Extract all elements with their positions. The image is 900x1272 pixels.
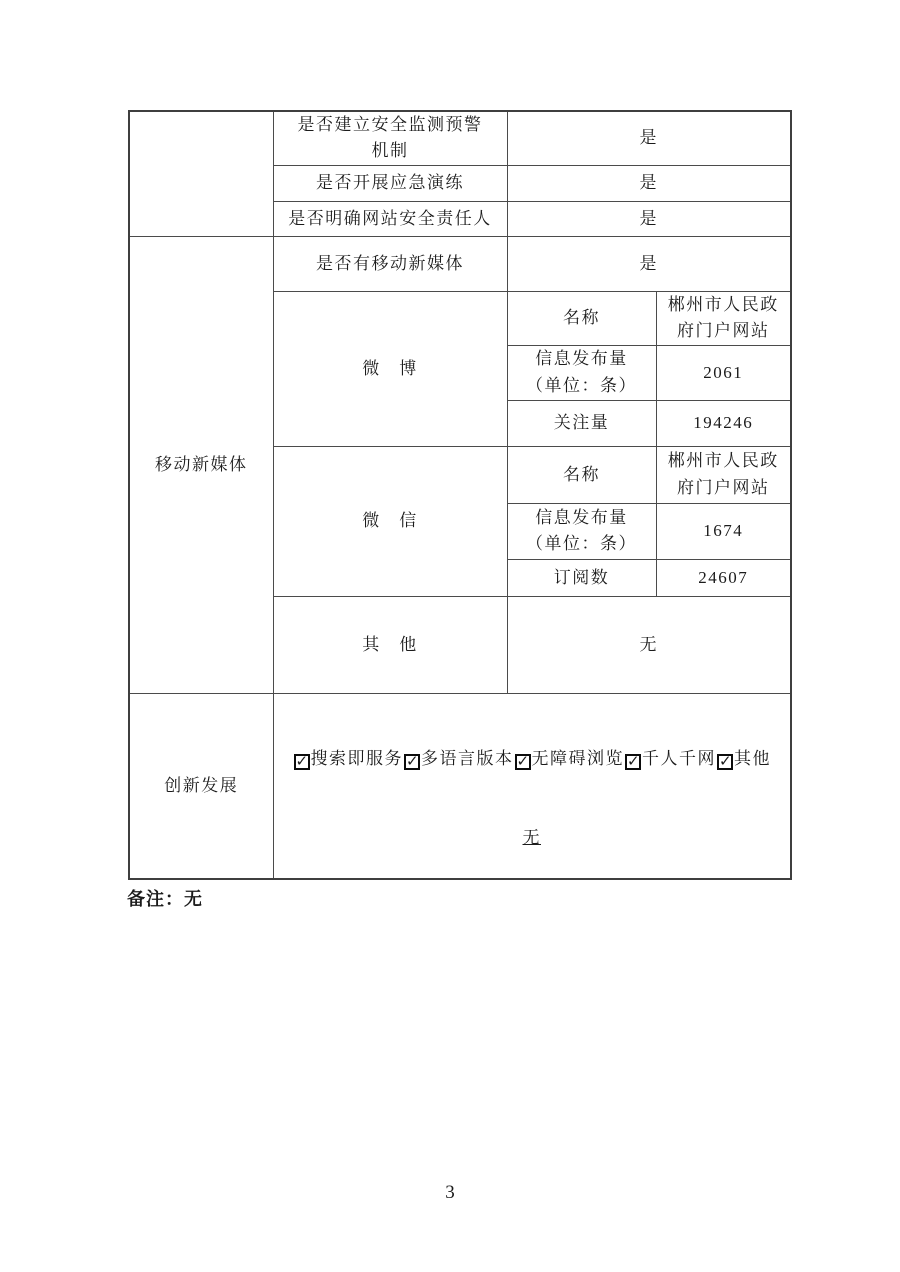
innovation-other-value: 无 bbox=[523, 828, 542, 847]
weibo-posts-label-cell: 信息发布量 （单位：条） bbox=[507, 345, 656, 400]
checked-checkbox-icon: ✓ bbox=[717, 754, 733, 770]
other-media-label-cell: 其 他 bbox=[273, 596, 507, 693]
page-number: 3 bbox=[0, 1182, 900, 1204]
innovation-option-label: 无障碍浏览 bbox=[532, 749, 625, 768]
security-category-cell-empty bbox=[129, 111, 273, 236]
checked-checkbox-icon: ✓ bbox=[515, 754, 531, 770]
wechat-posts-label-cell: 信息发布量 （单位：条） bbox=[507, 503, 656, 559]
government-website-report-table: 是否建立安全监测预警 机制 是 是否开展应急演练 是 是否明确网站安全责任人 是… bbox=[128, 110, 792, 880]
security-question-cell: 是否开展应急演练 bbox=[273, 165, 507, 201]
security-answer-cell: 是 bbox=[507, 111, 791, 165]
report-page: 是否建立安全监测预警 机制 是 是否开展应急演练 是 是否明确网站安全责任人 是… bbox=[0, 0, 900, 1272]
remarks-note: 备注：无 bbox=[127, 885, 203, 911]
checked-checkbox-icon: ✓ bbox=[294, 754, 310, 770]
innovation-option-label: 多语言版本 bbox=[421, 749, 514, 768]
wechat-name-value-cell: 郴州市人民政 府门户网站 bbox=[656, 446, 791, 503]
other-media-value-cell: 无 bbox=[507, 596, 791, 693]
weibo-followers-value-cell: 194246 bbox=[656, 400, 791, 446]
has-mobile-media-answer-cell: 是 bbox=[507, 236, 791, 291]
wechat-subscribers-value-cell: 24607 bbox=[656, 559, 791, 596]
innovation-option-label: 千人千网 bbox=[642, 749, 716, 768]
innovation-checkbox-line: ✓搜索即服务✓多语言版本✓无障碍浏览✓千人千网✓其他 bbox=[278, 720, 787, 773]
wechat-name-label-cell: 名称 bbox=[507, 446, 656, 503]
wechat-subscribers-label-cell: 订阅数 bbox=[507, 559, 656, 596]
innovation-content-cell: ✓搜索即服务✓多语言版本✓无障碍浏览✓千人千网✓其他 无 bbox=[273, 693, 791, 879]
innovation-other-line: 无 bbox=[278, 799, 787, 852]
weibo-followers-label-cell: 关注量 bbox=[507, 400, 656, 446]
weibo-label-cell: 微 博 bbox=[273, 291, 507, 446]
remarks-value: 无 bbox=[184, 889, 203, 909]
mobile-media-category-cell: 移动新媒体 bbox=[129, 236, 273, 693]
wechat-posts-value-cell: 1674 bbox=[656, 503, 791, 559]
weibo-name-value-cell: 郴州市人民政 府门户网站 bbox=[656, 291, 791, 345]
weibo-posts-value-cell: 2061 bbox=[656, 345, 791, 400]
remarks-label: 备注： bbox=[127, 889, 184, 909]
checked-checkbox-icon: ✓ bbox=[404, 754, 420, 770]
innovation-option-label: 搜索即服务 bbox=[311, 749, 404, 768]
security-answer-cell: 是 bbox=[507, 165, 791, 201]
checked-checkbox-icon: ✓ bbox=[625, 754, 641, 770]
weibo-name-label-cell: 名称 bbox=[507, 291, 656, 345]
security-answer-cell: 是 bbox=[507, 201, 791, 236]
innovation-option-label: 其他 bbox=[734, 749, 771, 768]
innovation-category-cell: 创新发展 bbox=[129, 693, 273, 879]
security-question-cell: 是否建立安全监测预警 机制 bbox=[273, 111, 507, 165]
has-mobile-media-question-cell: 是否有移动新媒体 bbox=[273, 236, 507, 291]
security-question-cell: 是否明确网站安全责任人 bbox=[273, 201, 507, 236]
wechat-label-cell: 微 信 bbox=[273, 446, 507, 596]
